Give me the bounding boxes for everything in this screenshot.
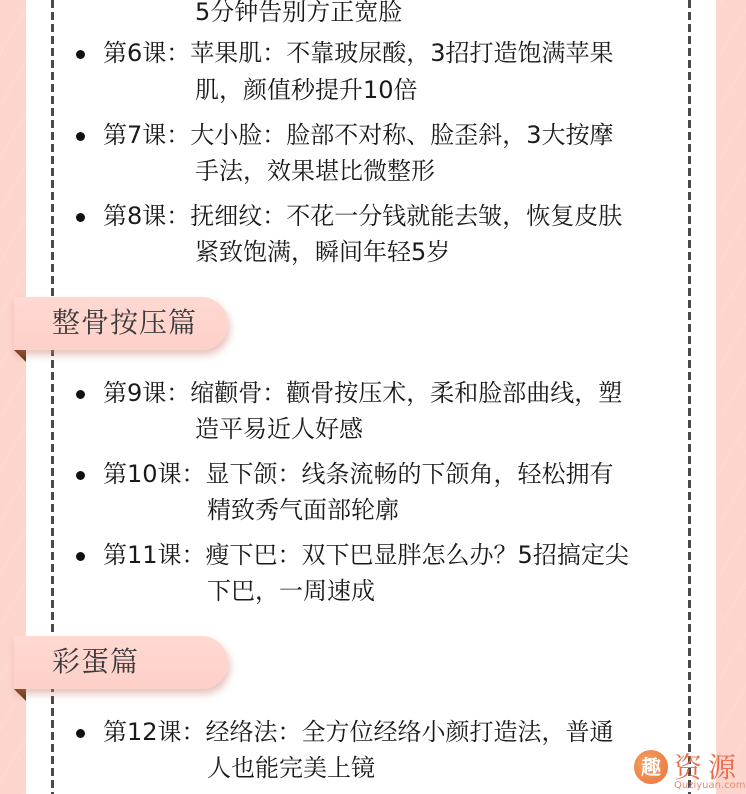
lesson-10-line2: 精致秀气面部轮廓 [207, 492, 399, 528]
lesson-11-line2: 下巴，一周速成 [207, 573, 375, 609]
lesson-number: 第8课： [76, 198, 190, 234]
bullet-icon [76, 390, 85, 399]
bullet-icon [76, 132, 85, 141]
watermark-logo-icon: 趣 [634, 750, 668, 784]
bullet-icon [76, 213, 85, 222]
bullet-icon [76, 552, 85, 561]
lesson-item-8: 第8课：抚细纹：不花一分钱就能去皱，恢复皮肤 [76, 198, 676, 234]
lesson-title: 显下颌：线条流畅的下颌角，轻松拥有 [206, 456, 676, 492]
lesson-number: 第9课： [76, 375, 190, 411]
lesson-title: 大小脸：脸部不对称、脸歪斜，3大按摩 [190, 117, 676, 153]
lesson-6-line2: 肌，颜值秒提升10倍 [195, 72, 418, 108]
lesson-number: 第12课： [76, 714, 206, 750]
lesson-item-7: 第7课：大小脸：脸部不对称、脸歪斜，3大按摩 [76, 117, 676, 153]
lesson-number: 第7课： [76, 117, 190, 153]
lesson-8-line2: 紧致饱满，瞬间年轻5岁 [195, 234, 450, 270]
lesson-number: 第11课： [76, 537, 206, 573]
section-title: 彩蛋篇 [52, 643, 139, 681]
watermark-url: Quziyuan.com [674, 780, 746, 791]
lesson-item-9: 第9课：缩颧骨：颧骨按压术，柔和脸部曲线，塑 [76, 375, 676, 411]
lesson-title: 缩颧骨：颧骨按压术，柔和脸部曲线，塑 [190, 375, 676, 411]
lesson-item-12: 第12课：经络法：全方位经络小颜打造法，普通 [76, 714, 676, 750]
lesson-title: 苹果肌：不靠玻尿酸，3招打造饱满苹果 [190, 35, 676, 71]
lesson-7-line2: 手法，效果堪比微整形 [195, 153, 435, 189]
right-dashed-border [688, 0, 691, 794]
bullet-icon [76, 471, 85, 480]
section-title: 整骨按压篇 [52, 304, 197, 342]
section-header-bone-press: 整骨按压篇 [14, 297, 228, 350]
ribbon-fold [14, 689, 26, 701]
bullet-icon [76, 50, 85, 59]
bullet-icon [76, 729, 85, 738]
lesson-5-continuation: 5分钟告别方正宽脸 [195, 0, 402, 30]
lesson-title: 抚细纹：不花一分钱就能去皱，恢复皮肤 [190, 198, 676, 234]
lesson-title: 瘦下巴：双下巴显胖怎么办？5招搞定尖 [206, 537, 676, 573]
lesson-9-line2: 造平易近人好感 [195, 411, 363, 447]
watermark: 趣 资源 Quziyuan.com [634, 750, 746, 794]
lesson-number: 第6课： [76, 35, 190, 71]
ribbon-fold [14, 350, 26, 362]
lesson-number: 第10课： [76, 456, 206, 492]
section-header-bonus: 彩蛋篇 [14, 636, 228, 689]
lesson-item-10: 第10课：显下颌：线条流畅的下颌角，轻松拥有 [76, 456, 676, 492]
lesson-title: 经络法：全方位经络小颜打造法，普通 [206, 714, 676, 750]
lesson-item-11: 第11课：瘦下巴：双下巴显胖怎么办？5招搞定尖 [76, 537, 676, 573]
lesson-12-line2: 人也能完美上镜 [207, 750, 375, 786]
lesson-item-6: 第6课：苹果肌：不靠玻尿酸，3招打造饱满苹果 [76, 35, 676, 71]
